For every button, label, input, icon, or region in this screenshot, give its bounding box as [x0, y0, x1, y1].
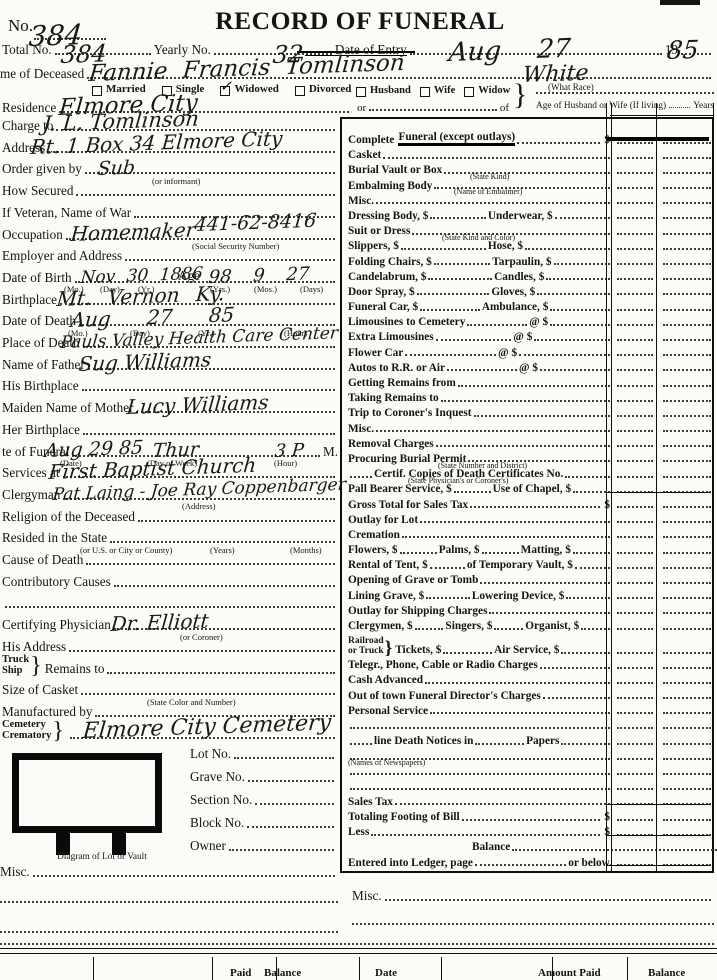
dotted-line [617, 832, 653, 836]
checkbox-icon [356, 87, 366, 97]
fee-label: Extra Limousines [348, 331, 434, 343]
brace-label: CemeteryCrematory [2, 719, 51, 742]
dotted-line [663, 231, 711, 235]
fee-label-cell: Casket [342, 149, 612, 161]
dotted-line [107, 670, 335, 674]
fee-label-cell: Removal Charges [342, 438, 612, 450]
field-label: Contributory Causes [2, 574, 111, 590]
yearly-no-label: Yearly No. [154, 42, 211, 58]
dotted-line [617, 458, 653, 462]
fee-label: Less [348, 826, 369, 838]
dotted-line [617, 580, 653, 584]
dotted-line [420, 519, 610, 523]
field-row: Maiden Name of MotherLucy Williams [2, 394, 338, 416]
field-row: Resided in the State(or U.S. or City or … [2, 524, 338, 546]
fee-label-cell: line Death Notices inPapers [342, 735, 612, 747]
fee-label: line Death Notices in [374, 735, 473, 747]
race-value: White [522, 66, 589, 85]
fee-label: Use of Chapel, $ [493, 483, 571, 495]
dotted-line [443, 650, 492, 654]
dotted-line [663, 261, 711, 265]
dotted-line [617, 695, 653, 699]
dotted-line [447, 367, 517, 371]
dotted-line [617, 307, 653, 311]
brace-line: Railroad [348, 636, 384, 646]
fee-label-cell: Clergymen, $Singers, $Organist, $ [342, 620, 612, 632]
misc-right-row: Misc. [352, 884, 714, 904]
amount-column-double-rule [606, 103, 612, 873]
fee-label: Telegr., Phone, Cable or Radio Charges [348, 659, 538, 671]
dotted-line [663, 170, 711, 174]
fee-label: Rental of Tent, $ [348, 559, 428, 571]
field-label: Name of Father [2, 357, 85, 373]
dotted-line [467, 322, 527, 326]
dotted-line [663, 413, 711, 417]
field-label: His Birthplace [2, 378, 79, 394]
handwritten-value: Rt. 1 Box 34 Elmore City [30, 131, 283, 155]
field-row: How Secured [2, 177, 338, 199]
fee-label-cell: Funeral Car, $Ambulance, $ [342, 301, 612, 313]
fee-label: Organist, $ [525, 620, 579, 632]
dotted-line [561, 741, 610, 745]
dotted-line [617, 276, 653, 280]
dotted-line [402, 534, 610, 538]
page-edge-rule [713, 103, 715, 873]
dotted-line [426, 595, 470, 599]
dotted-line [475, 862, 566, 866]
dotted-line [617, 367, 653, 371]
dotted-line [617, 595, 653, 599]
dotted-line [663, 650, 711, 654]
fee-label-cell: Gross Total for Sales Tax$ [342, 499, 612, 511]
dotted-line [417, 291, 490, 295]
dotted-line [458, 383, 610, 387]
fee-label-cell: Outlay for Lot [342, 514, 612, 526]
fee-sub-label: (State Kind and Color) [442, 233, 515, 242]
dotted-line [663, 276, 711, 280]
dotted-line [663, 610, 711, 614]
footer-column-tick [627, 957, 628, 980]
fee-label: Outlay for Shipping Charges [348, 605, 487, 617]
fee-label-cell: Folding Chairs, $Tarpaulin, $ [342, 256, 612, 268]
fee-label-cell: CompleteFuneral (except outlays)$ [342, 131, 612, 146]
dotted-line [400, 550, 437, 554]
dotted-line [462, 817, 601, 821]
dotted-line [617, 650, 653, 654]
dotted-line [434, 261, 490, 265]
dotted-line [352, 921, 714, 925]
dotted-line [383, 155, 610, 159]
dotted-line [494, 626, 523, 630]
dotted-line [474, 413, 610, 417]
dotted-line [663, 307, 711, 311]
dotted-line [663, 352, 711, 356]
dotted-line [617, 680, 653, 684]
dotted-line [525, 246, 610, 250]
dotted-line [617, 610, 653, 614]
dotted-line [617, 626, 653, 630]
field-row [2, 589, 338, 611]
dotted-line [663, 550, 711, 554]
dotted-line [247, 824, 334, 828]
dotted-line [617, 786, 653, 790]
fee-label: Pall Bearer Service, $ [348, 483, 452, 495]
fee-label: Matting, $ [521, 544, 571, 556]
dotted-line [537, 291, 610, 295]
dotted-line [536, 90, 714, 94]
dotted-line [0, 941, 714, 945]
fee-label-cell: Railroador Truck}Tickets, $Air Service, … [342, 636, 612, 657]
dotted-line [617, 200, 653, 204]
fee-label-cell: Door Spray, $Gloves, $ [342, 286, 612, 298]
dotted-line [428, 276, 492, 280]
dotted-line [617, 801, 653, 805]
fee-label-cell: Out of town Funeral Director's Charges [342, 690, 612, 702]
dotted-line [125, 257, 335, 261]
fee-label: Getting Remains from [348, 377, 456, 389]
checkbox-label: Widowed [234, 83, 278, 95]
field-row: Employer and Address [2, 242, 338, 264]
dotted-line [663, 862, 711, 866]
fee-label: Opening of Grave or Tomb [348, 574, 478, 586]
fee-label: Removal Charges [348, 438, 434, 450]
dotted-line [617, 261, 653, 265]
dotted-line [617, 817, 653, 821]
field-row: Certifying Physician(or Coroner)Dr. Elli… [2, 611, 338, 633]
brace-line: Truck [2, 654, 29, 665]
dotted-line [430, 710, 610, 714]
footer-column-tick [93, 957, 94, 980]
dotted-line [371, 832, 600, 836]
date-of-entry-value: Aug 27 [448, 40, 571, 64]
field-label: Cause of Death [2, 552, 83, 568]
dotted-line [395, 801, 610, 805]
fee-table: CompleteFuneral (except outlays)$CasketB… [340, 117, 714, 873]
dotted-line [480, 580, 610, 584]
dotted-line [76, 192, 335, 196]
dotted-line [82, 387, 335, 391]
field-row: Size of Casket(State Color and Number) [2, 676, 338, 698]
dotted-line [663, 215, 711, 219]
dotted-line [617, 246, 653, 250]
fee-label: Singers, $ [445, 620, 492, 632]
dotted-line [617, 862, 653, 866]
dotted-line [663, 458, 711, 462]
checkbox-icon [295, 86, 305, 96]
fee-label: Candles, $ [494, 271, 544, 283]
fee-label: Tarpaulin, $ [492, 256, 551, 268]
fee-label: Totaling Footing of Bill [348, 811, 460, 823]
of-label: of [500, 102, 509, 114]
fee-label: Outlay for Lot [348, 514, 418, 526]
dotted-line [663, 626, 711, 630]
lot-field-label: Grave No. [190, 769, 245, 785]
fee-label-cell: Flowers, $Palms, $Matting, $ [342, 544, 612, 556]
spouse-or-row: or of [357, 99, 509, 114]
dotted-line [350, 725, 610, 729]
or-label: or [357, 102, 366, 114]
dotted-line [617, 519, 653, 523]
fee-label-cell: Autos to R.R. or Air@ $ [342, 362, 612, 374]
dotted-line [86, 561, 335, 565]
fee-label-cell: Entered into Ledger, pageor below. [342, 857, 612, 869]
dotted-line [663, 565, 711, 569]
dotted-line [617, 398, 653, 402]
field-label: Certifying Physician [2, 617, 111, 633]
dotted-line [663, 665, 711, 669]
dotted-line [350, 786, 610, 790]
fee-label: Hose, $ [488, 240, 523, 252]
dotted-line [534, 337, 610, 341]
fee-label: Limousines to Cemetery [348, 316, 465, 328]
dotted-line [234, 755, 334, 759]
brace-line: or Truck [348, 646, 384, 656]
fee-label: Cremation [348, 529, 400, 541]
field-row: TruckShip}Remains to [2, 655, 338, 677]
fee-label-cell: Misc. [342, 423, 612, 435]
dotted-line [617, 185, 653, 189]
dotted-line [0, 899, 338, 903]
dotted-line [512, 847, 717, 851]
field-row: Religion of the Deceased [2, 503, 338, 525]
lot-diagram-leg [112, 826, 126, 855]
fee-label: Palms, $ [439, 544, 480, 556]
fee-label: @ $ [519, 362, 538, 374]
checkbox-icon [420, 87, 430, 97]
dotted-line [114, 583, 335, 587]
fee-label-cell: Trip to Coroner's Inquest [342, 407, 612, 419]
checkbox-icon: ✓ [220, 86, 230, 96]
handwritten-value: 441-62-8416 [194, 214, 317, 233]
fee-label: Papers [526, 735, 559, 747]
handwritten-value: Dr. Elliott [110, 614, 209, 632]
footer-double-rule [0, 948, 717, 954]
amount-cell [612, 862, 658, 869]
dotted-line [415, 626, 444, 630]
fee-label: Flower Car [348, 347, 403, 359]
field-row: Place of DeathPauls Valley Health Care C… [2, 329, 338, 351]
dotted-line [470, 504, 600, 508]
dotted-line [436, 443, 610, 447]
dotted-line [663, 519, 711, 523]
handwritten-value: Lucy Williams [126, 395, 269, 415]
dotted-line [663, 504, 711, 508]
dotted-line [546, 276, 610, 280]
dotted-line [663, 246, 711, 250]
dotted-line [663, 741, 711, 745]
dotted-line [617, 413, 653, 417]
dotted-line [561, 650, 610, 654]
fee-label: Slippers, $ [348, 240, 399, 252]
footer-column-tick [212, 957, 213, 980]
field-label: Employer and Address [2, 248, 122, 264]
lot-field-row: Section No. [190, 786, 337, 808]
fee-label-cell: Limousines to Cemetery@ $ [342, 316, 612, 328]
checkbox-label: Wife [434, 85, 455, 96]
scan-artifact-mark [660, 0, 700, 5]
handwritten-value: Homemaker [70, 222, 196, 241]
dotted-line [436, 337, 512, 341]
dotted-line [489, 610, 610, 614]
fee-label-cell: Balance$ [342, 841, 717, 853]
dotted-line [617, 474, 653, 478]
fee-label: Trip to Coroner's Inquest [348, 407, 472, 419]
fee-sub-label: (State Kind) [470, 172, 509, 181]
fee-label: of Temporary Vault, $ [467, 559, 573, 571]
dotted-line [401, 246, 486, 250]
fee-label: Sales Tax [348, 796, 393, 808]
dotted-line [617, 504, 653, 508]
dotted-line [617, 383, 653, 387]
field-label: Occupation [2, 227, 63, 243]
field-label: Manufactured by [2, 704, 92, 720]
fee-label: Balance [472, 841, 510, 853]
checkbox-label: Divorced [309, 83, 352, 95]
fee-label: Out of town Funeral Director's Charges [348, 690, 541, 702]
field-label: Maiden Name of Mother [2, 400, 133, 416]
handwritten-value: Aug 29 85 [44, 441, 144, 459]
dotted-line [663, 595, 711, 599]
fee-label: Ambulance, $ [482, 301, 549, 313]
fee-sub-label: (Names of Newspapers) [348, 758, 425, 767]
fee-label: Autos to R.R. or Air [348, 362, 445, 374]
brace-line: Cemetery [2, 719, 51, 730]
field-label: Size of Casket [2, 682, 78, 698]
dotted-line [430, 215, 485, 219]
fee-sub-label: (State Number and District) [438, 461, 527, 470]
dotted-line [617, 489, 653, 493]
dotted-line [83, 431, 335, 435]
lot-field-row: Grave No. [190, 763, 337, 785]
dotted-line [540, 367, 610, 371]
fee-label: Lining Grave, $ [348, 590, 424, 602]
fee-label: Gloves, $ [491, 286, 535, 298]
dotted-line [663, 200, 711, 204]
lot-field-row: Block No. [190, 809, 337, 831]
amount-cell [658, 862, 716, 869]
fee-label: Folding Chairs, $ [348, 256, 432, 268]
fee-label-cell: Outlay for Shipping Charges [342, 605, 612, 617]
dotted-line [663, 786, 711, 790]
dotted-line [663, 474, 711, 478]
dotted-line [617, 337, 653, 341]
spouse-age-label: Age of Husband or Wife (If living) [536, 101, 666, 111]
fee-label: Casket [348, 149, 381, 161]
checkbox-label: Husband [370, 85, 411, 96]
dotted-line [441, 398, 610, 402]
dotted-line [376, 428, 610, 432]
handwritten-value: Sub [97, 161, 136, 177]
fee-label: Misc. [348, 423, 374, 435]
funeral-record-form: No. 384 RECORD OF FUNERAL Total No. Year… [0, 0, 717, 980]
misc-right-label: Misc. [352, 888, 382, 904]
field-label: Birthplace [2, 292, 57, 308]
footer-column-label: Amount Paid [538, 967, 601, 979]
dotted-line [110, 539, 335, 543]
brace-icon: } [385, 641, 393, 656]
dotted-line [663, 710, 711, 714]
lot-field-label: Block No. [190, 815, 244, 831]
field-row: CemeteryCrematory}Elmore City Cemetery [2, 720, 338, 742]
lot-diagram-leg [56, 826, 70, 855]
fee-label: Funeral Car, $ [348, 301, 418, 313]
dotted-line [663, 367, 711, 371]
field-row: Her Birthplace [2, 416, 338, 438]
dotted-line [350, 474, 372, 478]
dotted-line [617, 741, 653, 745]
lot-field-row: Lot No. [190, 740, 337, 762]
fee-label: Misc. [348, 195, 374, 207]
fee-label-cell: Misc. [342, 195, 612, 207]
field-label: Religion of the Deceased [2, 509, 135, 525]
field-row: His Address [2, 633, 338, 655]
fee-label: Personal Service [348, 705, 428, 717]
handwritten-value: Sug Williams [78, 352, 212, 372]
fee-label: Suit or Dress [348, 225, 410, 237]
fee-label-cell: Personal Service [342, 705, 612, 717]
fee-label-cell: Extra Limousines@ $ [342, 331, 612, 343]
dotted-line [573, 489, 610, 493]
dotted-line [575, 565, 610, 569]
fee-sub-label: (State Physician's or Coroner's) [408, 476, 508, 485]
misc-left-label: Misc. [0, 864, 30, 880]
dotted-line [420, 307, 480, 311]
dotted-line [617, 291, 653, 295]
fee-label-cell: Cremation [342, 529, 612, 541]
footer-column-tick [359, 957, 360, 980]
field-tail-label: M. [323, 444, 338, 460]
checkbox-option: Wife [420, 85, 455, 96]
dotted-line [229, 847, 334, 851]
fee-label-cell: Taking Remains to [342, 392, 612, 404]
fee-label-cell: Candelabrum, $Candles, $ [342, 271, 612, 283]
dotted-line [565, 474, 610, 478]
fee-label-cell: Lining Grave, $Lowering Device, $ [342, 590, 612, 602]
dotted-line [617, 665, 653, 669]
dotted-line [248, 778, 334, 782]
lot-field-label: Section No. [190, 792, 252, 808]
lot-field-label: Owner [190, 838, 226, 854]
fee-label-cell: Flower Car@ $ [342, 347, 612, 359]
dotted-line [5, 604, 335, 608]
dotted-line [663, 771, 711, 775]
brace-line: Crematory [2, 730, 51, 741]
field-row: AddressRt. 1 Box 34 Elmore City [2, 134, 338, 156]
dotted-line [617, 550, 653, 554]
field-row: Occupation(Social Security Number)Homema… [2, 221, 338, 243]
checkbox-option: Widow [464, 85, 510, 96]
fee-label: Funeral (except outlays) [398, 131, 515, 146]
dotted-line [663, 817, 711, 821]
dotted-line [663, 291, 711, 295]
brace-line: Ship [2, 665, 29, 676]
amount-column-rule [656, 103, 657, 873]
dotted-line [663, 398, 711, 402]
dotted-line [617, 322, 653, 326]
checkbox-icon [464, 87, 474, 97]
dotted-line [550, 307, 610, 311]
fee-label: Burial Vault or Box [348, 164, 442, 176]
fee-label: Dressing Body, $ [348, 210, 428, 222]
dotted-line [554, 261, 610, 265]
checkbox-option: Husband [356, 85, 411, 96]
field-row: Cause of Death [2, 546, 338, 568]
footer-column-tick [441, 957, 442, 980]
field-label: Date of Birth [2, 270, 72, 286]
dotted-line [550, 322, 610, 326]
dotted-line [663, 155, 711, 159]
dotted-line [519, 352, 610, 356]
